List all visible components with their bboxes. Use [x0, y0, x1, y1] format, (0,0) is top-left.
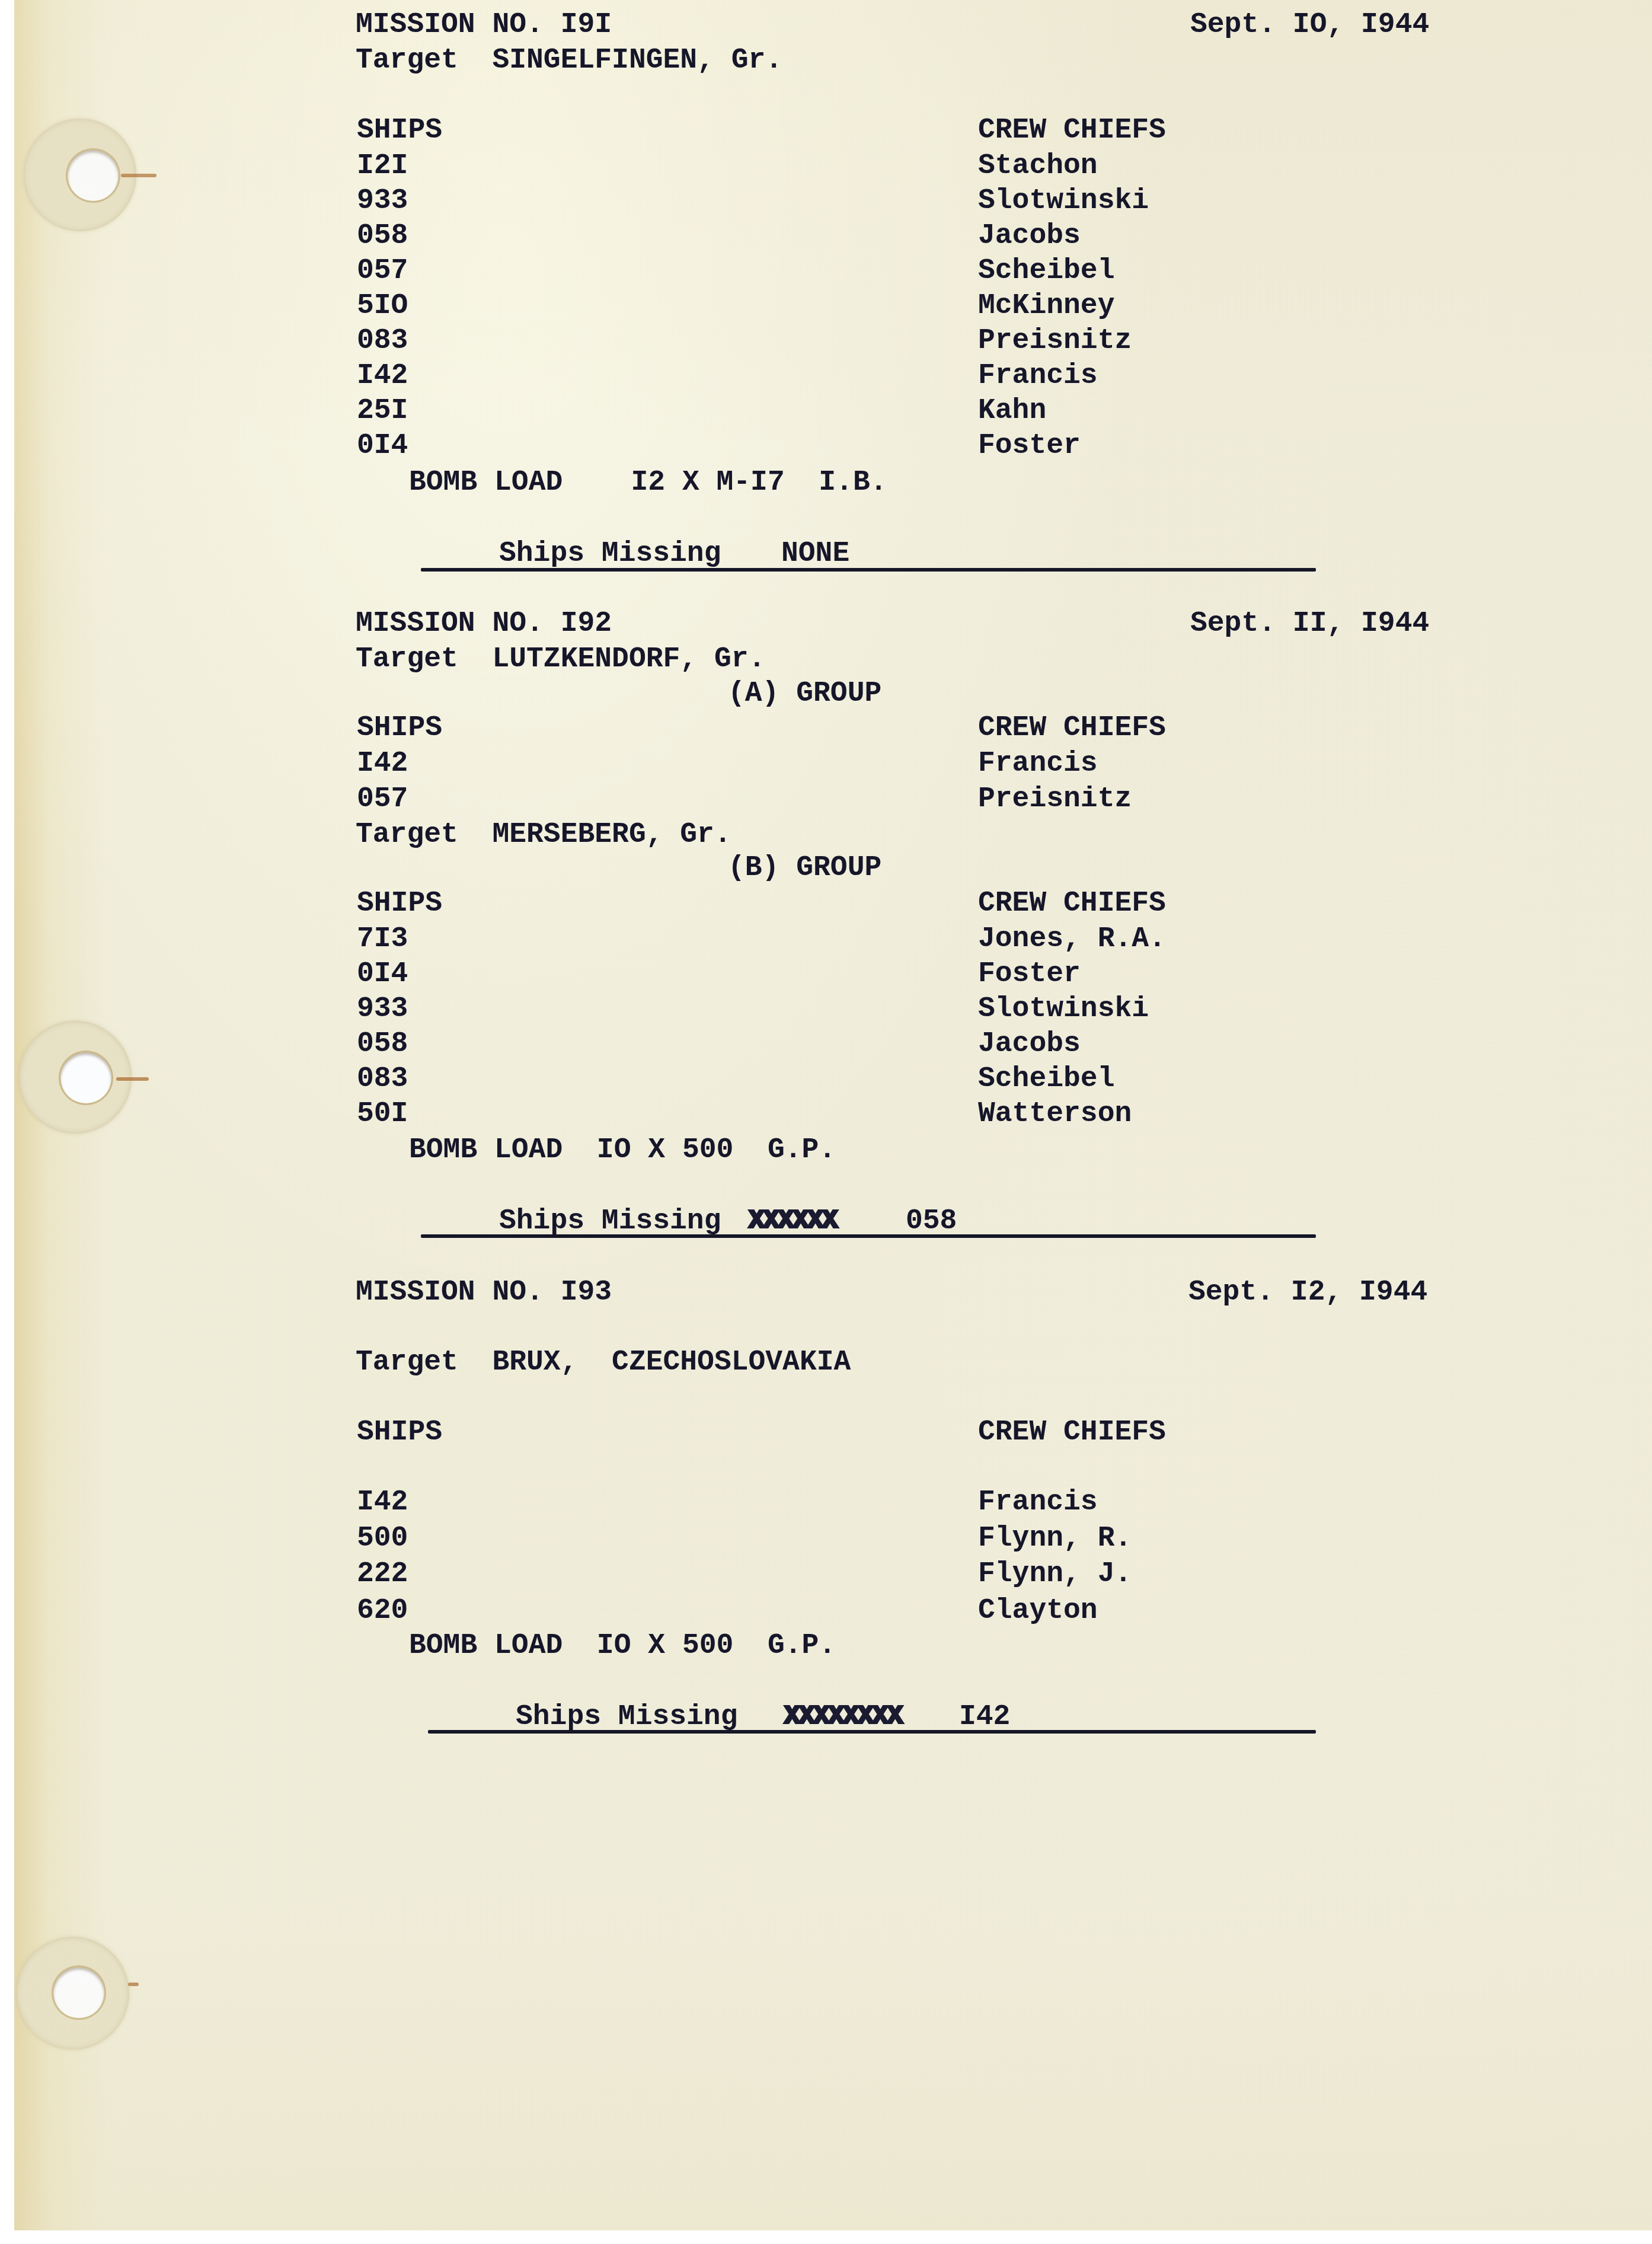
mission-number: MISSION NO. I9I [356, 11, 612, 39]
group-label: (B) GROUP [728, 854, 881, 882]
crew-chief: Slotwinski [978, 995, 1149, 1023]
crew-chiefs-header: CREW CHIEFS [978, 889, 1166, 918]
target: Target SINGELFINGEN, Gr. [356, 46, 782, 75]
ship-number: I2I [357, 152, 408, 180]
ship-number: 057 [357, 257, 408, 285]
ships-missing-value: 058 [906, 1207, 957, 1236]
mission-number: MISSION NO. I92 [356, 609, 612, 638]
crew-chief: Jacobs [978, 222, 1081, 250]
ship-number: 50I [357, 1100, 408, 1128]
crew-chief: Stachon [978, 152, 1098, 180]
crew-chief: Preisnitz [978, 785, 1132, 813]
ships-header: SHIPS [357, 889, 442, 918]
ships-missing-label: Ships Missing [516, 1703, 737, 1731]
ship-number: 083 [357, 1065, 408, 1093]
rust-stain [121, 174, 156, 177]
ship-number: I42 [357, 1488, 408, 1517]
crew-chief: Francis [978, 749, 1098, 778]
crew-chief: Slotwinski [978, 187, 1149, 215]
ships-header: SHIPS [357, 714, 442, 742]
crew-chief: McKinney [978, 292, 1114, 320]
crew-chief: Preisnitz [978, 327, 1132, 355]
mission-date: Sept. II, I944 [1190, 609, 1429, 638]
ships-missing-value: I42 [959, 1703, 1010, 1731]
group-label: (A) GROUP [728, 679, 881, 708]
ship-number: 0I4 [357, 432, 408, 460]
mission-number: MISSION NO. I93 [356, 1278, 612, 1307]
ship-number: I42 [357, 749, 408, 778]
ship-number: 7I3 [357, 925, 408, 953]
target: Target LUTZKENDORF, Gr. [356, 645, 765, 673]
binder-hole-top [68, 150, 119, 201]
crew-chief: Foster [978, 960, 1081, 988]
crew-chief: Kahn [978, 397, 1046, 425]
crew-chief: Clayton [978, 1597, 1098, 1625]
binder-hole-middle [60, 1052, 111, 1103]
document-page [14, 0, 1652, 2230]
ship-number: 058 [357, 222, 408, 250]
crew-chief: Scheibel [978, 1065, 1114, 1093]
ship-number: I42 [357, 362, 408, 390]
bomb-load: BOMB LOAD IO X 500 G.P. [409, 1632, 836, 1660]
crew-chief: Flynn, R. [978, 1524, 1132, 1553]
ship-number: 058 [357, 1030, 408, 1058]
ship-number: 057 [357, 785, 408, 813]
bomb-load: BOMB LOAD I2 X M-I7 I.B. [409, 468, 887, 497]
crew-chief: Scheibel [978, 257, 1114, 285]
ship-number: 222 [357, 1560, 408, 1588]
ship-number: 5IO [357, 292, 408, 320]
ship-number: 500 [357, 1524, 408, 1553]
crew-chief: Jacobs [978, 1030, 1081, 1058]
target: Target BRUX, CZECHOSLOVAKIA [356, 1348, 851, 1377]
crew-chief: Flynn, J. [978, 1560, 1132, 1588]
ship-number: 620 [357, 1597, 408, 1625]
rust-stain [116, 1077, 149, 1081]
binder-hole-bottom [53, 1967, 104, 2018]
ships-missing-label: Ships Missing [499, 1207, 721, 1236]
ships-missing-struck-text: XXXXXXXX [784, 1703, 901, 1731]
mission-date: Sept. I2, I944 [1188, 1278, 1427, 1307]
ships-header: SHIPS [357, 1418, 442, 1447]
ships-missing-struck-text: XXXXXX [748, 1207, 836, 1236]
rust-stain [128, 1983, 139, 1986]
crew-chief: Watterson [978, 1100, 1132, 1128]
ship-number: 933 [357, 995, 408, 1023]
crew-chief: Francis [978, 1488, 1098, 1517]
crew-chiefs-header: CREW CHIEFS [978, 714, 1166, 742]
crew-chiefs-header: CREW CHIEFS [978, 1418, 1166, 1447]
ship-number: 083 [357, 327, 408, 355]
ships-missing-label: Ships Missing [499, 540, 721, 568]
section-divider [421, 1234, 1316, 1238]
section-divider [421, 568, 1316, 572]
crew-chief: Francis [978, 362, 1098, 390]
ship-number: 25I [357, 397, 408, 425]
section-divider [428, 1730, 1316, 1734]
ships-header: SHIPS [357, 116, 442, 145]
crew-chief: Foster [978, 432, 1081, 460]
mission-date: Sept. IO, I944 [1190, 11, 1429, 39]
crew-chief: Jones, R.A. [978, 925, 1166, 953]
target: Target MERSEBERG, Gr. [356, 821, 731, 849]
ships-missing-value: NONE [781, 540, 849, 568]
bomb-load: BOMB LOAD IO X 500 G.P. [409, 1136, 836, 1164]
ship-number: 0I4 [357, 960, 408, 988]
crew-chiefs-header: CREW CHIEFS [978, 116, 1166, 145]
ship-number: 933 [357, 187, 408, 215]
